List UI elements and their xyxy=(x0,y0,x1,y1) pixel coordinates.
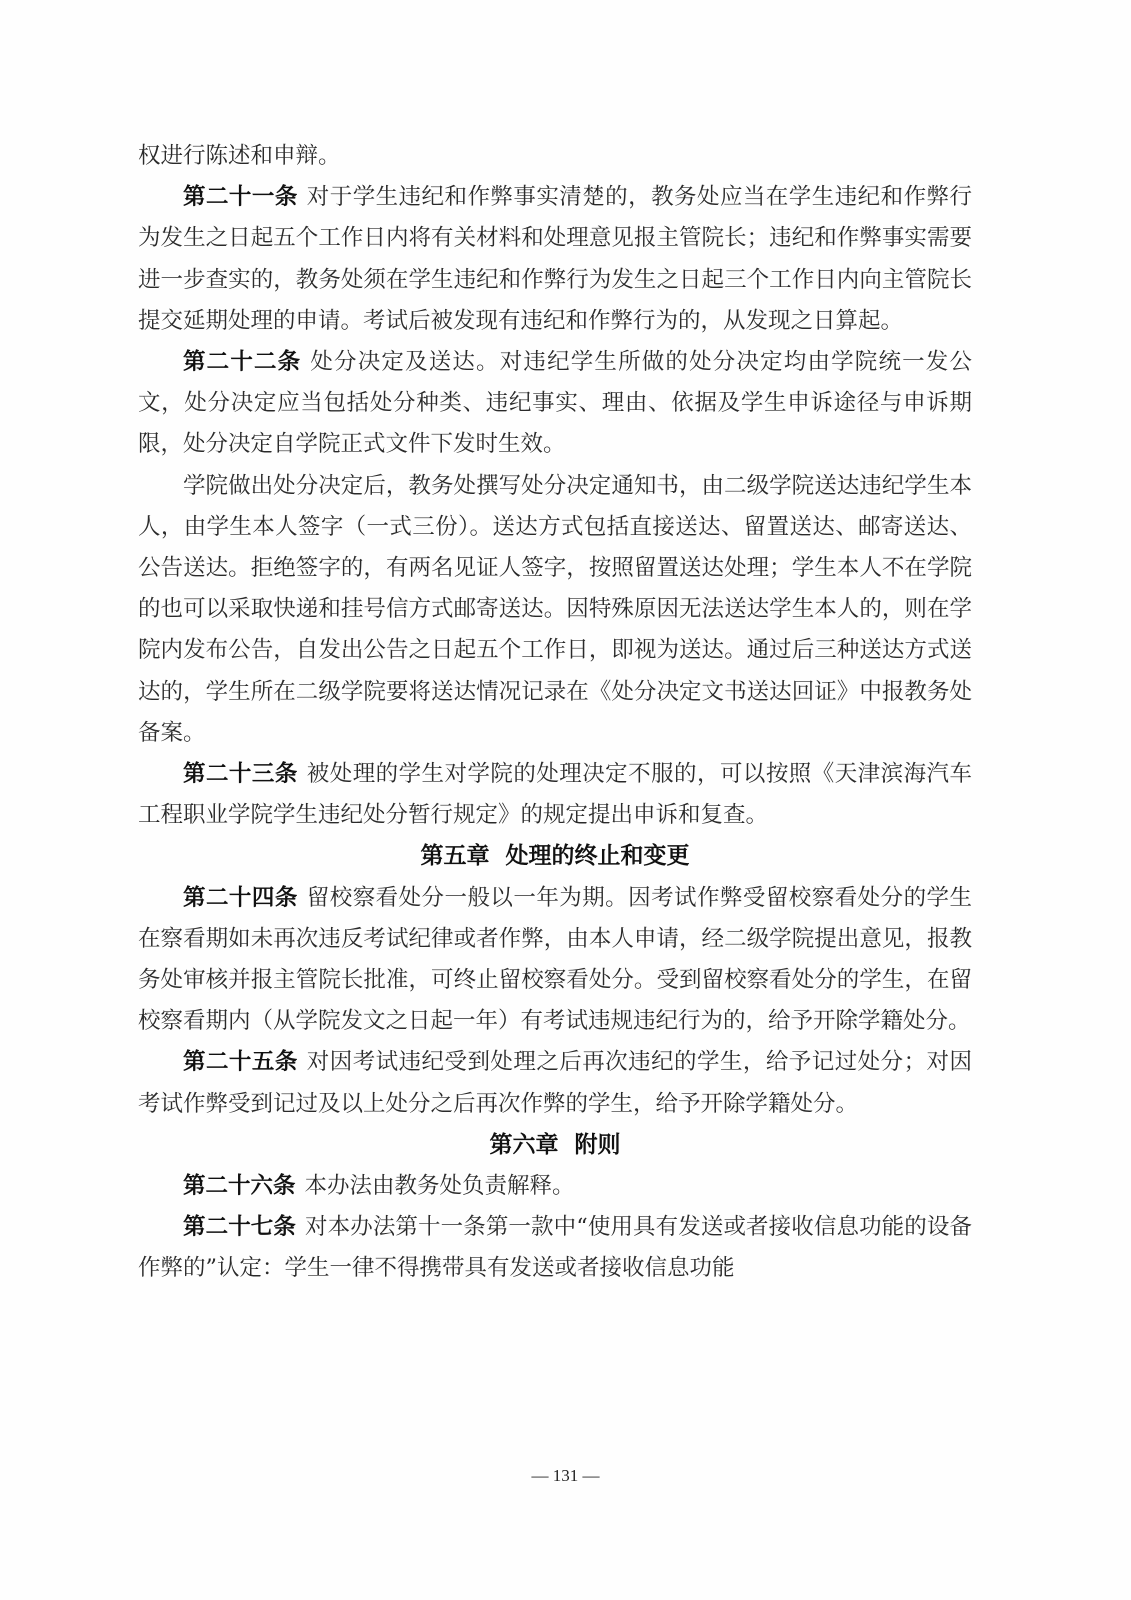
page-number: — 131 — xyxy=(0,1466,1131,1486)
article-number: 第二十三条 xyxy=(183,761,298,787)
paragraph-continuation: 权进行陈述和申辩。 xyxy=(138,136,972,177)
chapter-heading-5: 第五章 处理的终止和变更 xyxy=(138,836,972,877)
paragraph-text: 本办法由教务处负责解释。 xyxy=(305,1173,575,1199)
article-number: 第二十一条 xyxy=(183,184,298,210)
article-26: 第二十六条本办法由教务处负责解释。 xyxy=(138,1166,972,1207)
article-number: 第二十二条 xyxy=(183,349,301,375)
article-27: 第二十七条对本办法第十一条第一款中“使用具有发送或者接收信息功能的设备作弊的”认… xyxy=(138,1207,972,1289)
article-number: 第二十四条 xyxy=(183,885,298,911)
article-24: 第二十四条留校察看处分一般以一年为期。因考试作弊受留校察看处分的学生在察看期如未… xyxy=(138,878,972,1043)
article-25: 第二十五条对因考试违纪受到处理之后再次违纪的学生，给予记过处分；对因考试作弊受到… xyxy=(138,1042,972,1124)
article-22: 第二十二条处分决定及送达。对违纪学生所做的处分决定均由学院统一发公文，处分决定应… xyxy=(138,342,972,466)
paragraph-delivery: 学院做出处分决定后，教务处撰写处分决定通知书，由二级学院送达违纪学生本人，由学生… xyxy=(138,466,972,754)
article-number: 第二十七条 xyxy=(183,1214,296,1240)
document-body: 权进行陈述和申辩。 第二十一条对于学生违纪和作弊事实清楚的，教务处应当在学生违纪… xyxy=(138,136,972,1290)
paragraph-text: 权进行陈述和申辩。 xyxy=(138,143,341,169)
paragraph-text: 学院做出处分决定后，教务处撰写处分决定通知书，由二级学院送达违纪学生本人，由学生… xyxy=(138,473,972,746)
chapter-heading-6: 第六章 附则 xyxy=(138,1125,972,1166)
article-number: 第二十六条 xyxy=(183,1173,296,1199)
article-21: 第二十一条对于学生违纪和作弊事实清楚的，教务处应当在学生违纪和作弊行为发生之日起… xyxy=(138,177,972,342)
document-page: 权进行陈述和申辩。 第二十一条对于学生违纪和作弊事实清楚的，教务处应当在学生违纪… xyxy=(0,0,1131,1600)
article-number: 第二十五条 xyxy=(183,1049,298,1075)
article-23: 第二十三条被处理的学生对学院的处理决定不服的，可以按照《天津滨海汽车工程职业学院… xyxy=(138,754,972,836)
